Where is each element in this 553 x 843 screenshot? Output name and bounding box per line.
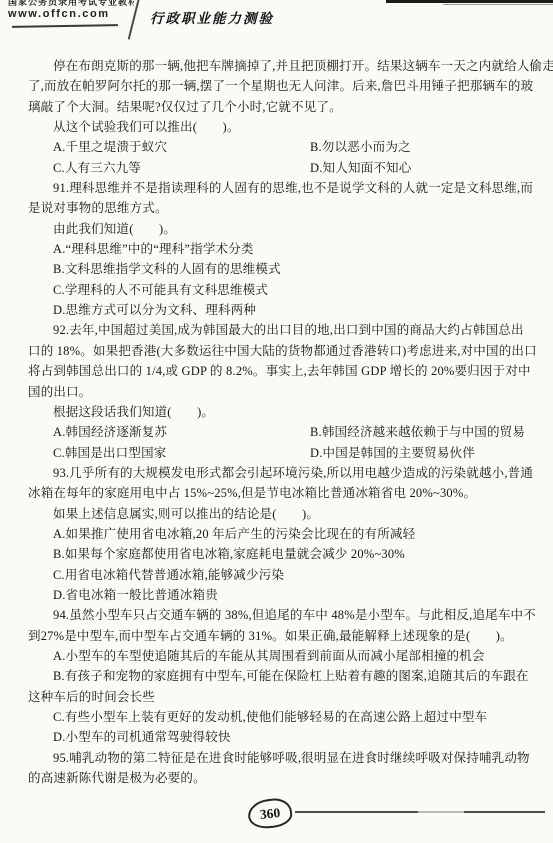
document-line: D.省电冰箱一般比普通冰箱贵 — [28, 585, 549, 605]
document-line: 如果上述信息属实,则可以推出的结论是( )。 — [28, 504, 549, 524]
document-line: 的高速新陈代谢是极为必要的。 — [28, 768, 549, 788]
document-line: 从这个试验我们可以推出( )。 — [28, 117, 549, 137]
document-line: C.学理科的人不可能具有文科思维模式 — [28, 280, 549, 300]
document-line: C.有些小型车上装有更好的发动机,使他们能够轻易的在高速公路上超过中型车 — [28, 707, 549, 727]
page-title: 行政职业能力测验 — [150, 7, 274, 27]
document-line: B.有孩子和宠物的家庭拥有中型车,可能在保险杠上贴着有趣的图案,追随其后的车跟在 — [28, 666, 549, 686]
logo-underline — [12, 24, 118, 28]
document-line: 92.去年,中国超过美国,成为韩国最大的出口目的地,出口到中国的商品大约占韩国总… — [28, 320, 549, 340]
document-line: 到27%是中型车,而中型车占交通车辆的 31%。如果正确,最能解释上述现象的是(… — [28, 626, 549, 646]
document-line: 这种车后的时间会长些 — [28, 687, 549, 707]
document-line: D.小型车的司机通常驾驶得较快 — [28, 727, 549, 747]
option-left: A.千里之堤溃于蚁穴 — [28, 137, 310, 157]
document-line: A.“理科思维”中的“理科”指学术分类 — [28, 239, 549, 259]
document-line: B.文科思维指学文科的人固有的思维模式 — [28, 259, 549, 279]
top-right-rule-light — [443, 4, 553, 5]
option-right: D.知人知面不知心 — [310, 158, 549, 178]
logo-domain-text: www.offcn.com — [8, 8, 134, 20]
option-left: C.人有三六九等 — [28, 158, 310, 178]
document-line: A.小型车的车型使追随其后的车能从其周围看到前面从而减小尾部相撞的机会 — [28, 646, 549, 666]
option-row: C.韩国是出口型国家D.中国是韩国的主要贸易伙伴 — [28, 443, 549, 463]
publisher-logo: 国家公务员录用考试专业教材 www.offcn.com — [8, 0, 134, 20]
option-left: C.韩国是出口型国家 — [28, 443, 310, 463]
page-number: 360 — [259, 805, 281, 822]
document-line: 口的 18%。如果把香港(大多数运往中国大陆的货物都通过香港转口)考虑进来,对中… — [28, 341, 549, 361]
document-line: 璃敲了个大洞。结果呢?仅仅过了几个小时,它就不见了。 — [28, 97, 549, 117]
document-line: A.如果推广使用省电冰箱,20 年后产生的污染会比现在的有所减轻 — [28, 524, 549, 544]
document-line: 国的出口。 — [28, 382, 549, 402]
document-line: B.如果每个家庭都使用省电冰箱,家庭耗电量就会减少 20%~30% — [28, 544, 549, 564]
document-line: 95.哺乳动物的第二特征是在进食时能够呼吸,很明显在进食时继续呼吸对保持哺乳动物 — [28, 748, 549, 768]
page-number-oval: 360 — [247, 797, 294, 830]
scanned-page: 国家公务员录用考试专业教材 www.offcn.com 行政职业能力测验 停在布… — [0, 0, 553, 843]
document-line: 冰箱在每年的家庭用电中占 15%~25%,但是节电冰箱比普通冰箱省电 20%~3… — [28, 483, 549, 503]
document-line: C.用省电冰箱代替普通冰箱,能够减少污染 — [28, 565, 549, 585]
document-line: 停在布朗克斯的那一辆,他把车牌摘掉了,并且把顶棚打开。结果这辆车一天之内就给人偷… — [28, 56, 549, 76]
option-right: D.中国是韩国的主要贸易伙伴 — [310, 443, 549, 463]
option-right: B.勿以恶小而为之 — [310, 137, 549, 157]
document-line: D.思维方式可以分为文科、理科两种 — [28, 300, 549, 320]
footer-rule-light — [418, 811, 464, 813]
document-line: 了,而放在帕罗阿尔托的那一辆,摆了一个星期也无人问津。后来,詹巴斗用锤子把那辆车… — [28, 76, 549, 96]
option-right: B.韩国经济越来越依赖于与中国的贸易 — [310, 422, 549, 442]
option-row: A.千里之堤溃于蚁穴B.勿以恶小而为之 — [28, 137, 549, 157]
option-row: A.韩国经济逐渐复苏B.韩国经济越来越依赖于与中国的贸易 — [28, 422, 549, 442]
top-right-rule — [386, 0, 553, 3]
document-line: 是说对事物的思维方式。 — [28, 198, 549, 218]
document-line: 94.虽然小型车只占交通车辆的 38%,但追尾的车中 48%是小型车。与此相反,… — [28, 605, 549, 625]
document-line: 91.理科思维并不是指读理科的人固有的思维,也不是说学文科的人就一定是文科思维,… — [28, 178, 549, 198]
document-line: 由此我们知道( )。 — [28, 219, 549, 239]
option-row: C.人有三六九等D.知人知面不知心 — [28, 158, 549, 178]
logo-small-text: 国家公务员录用考试专业教材 — [8, 0, 134, 7]
document-line: 根据这段话我们知道( )。 — [28, 402, 549, 422]
option-left: A.韩国经济逐渐复苏 — [28, 422, 310, 442]
document-line: 将占到韩国总出口的 1/4,或 GDP 的 8.2%。事实上,去年韩国 GDP … — [28, 361, 549, 381]
document-line: 93.几乎所有的大规模发电形式都会引起环境污染,所以用电越少造成的污染就越小,普… — [28, 463, 549, 483]
document-body: 停在布朗克斯的那一辆,他把车牌摘掉了,并且把顶棚打开。结果这辆车一天之内就给人偷… — [28, 56, 549, 788]
